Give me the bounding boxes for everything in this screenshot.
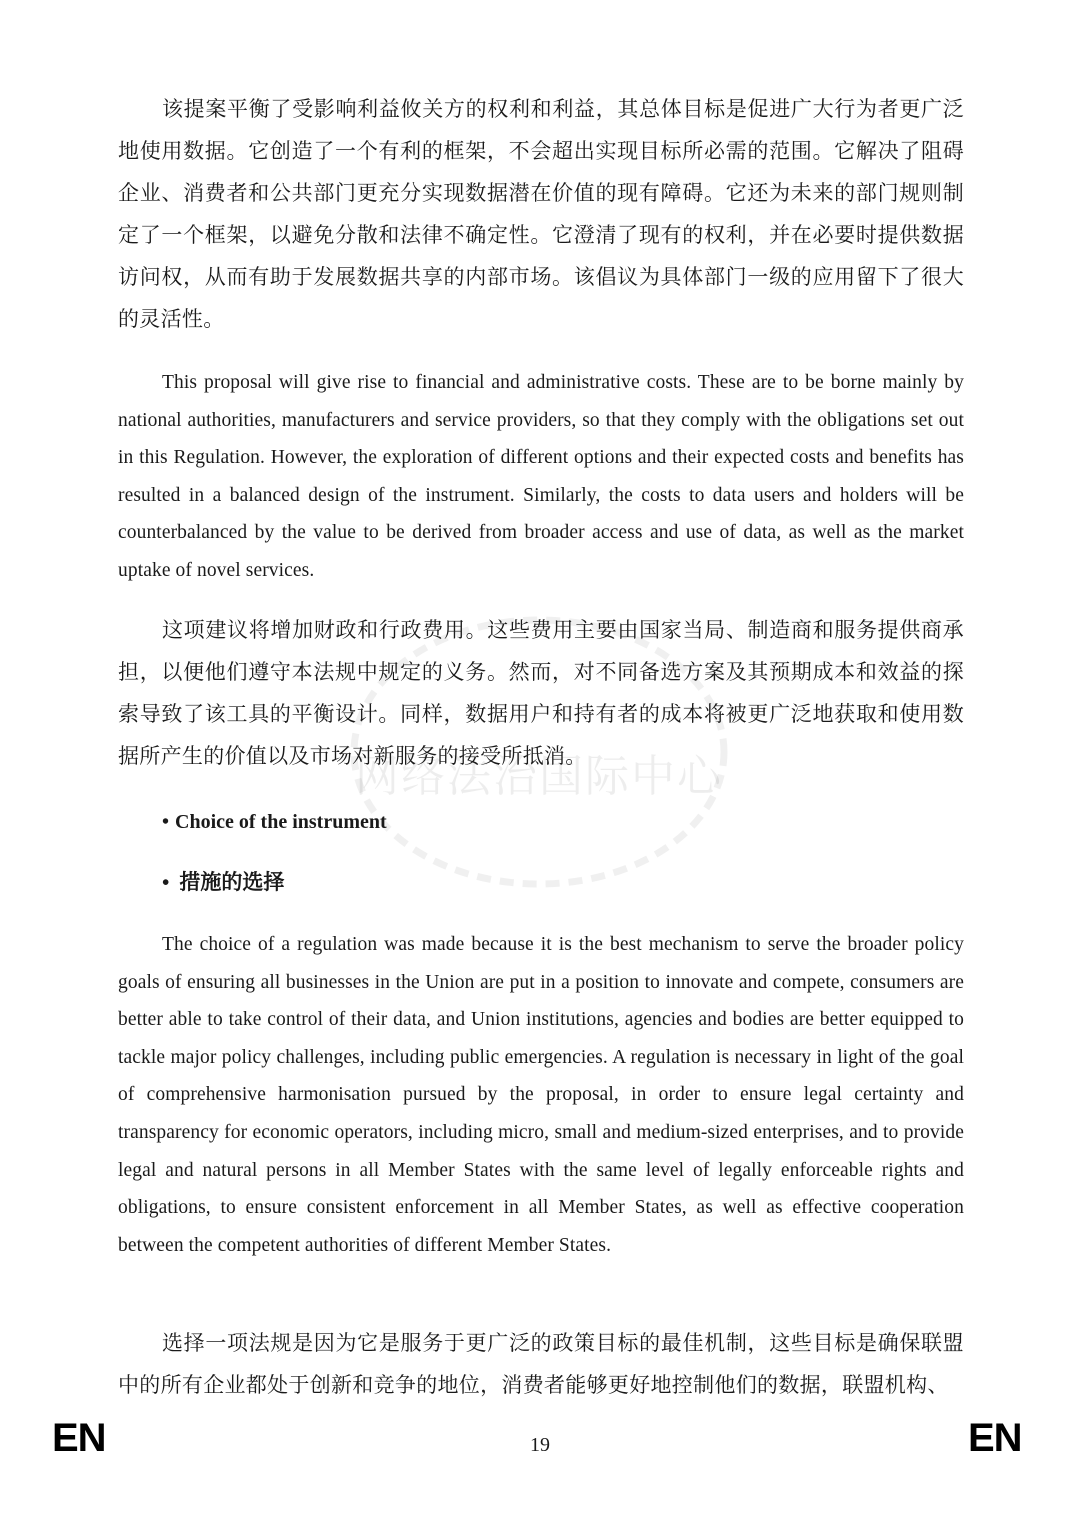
- paragraph-en-costs: This proposal will give rise to financia…: [118, 364, 964, 590]
- paragraph-zh-proportionality: 该提案平衡了受影响利益攸关方的权利和利益，其总体目标是促进广大行为者更广泛地使用…: [118, 88, 964, 340]
- section-heading-en-text: Choice of the instrument: [175, 811, 387, 833]
- page-number: 19: [0, 1432, 1080, 1458]
- section-heading-en: •Choice of the instrument: [118, 808, 387, 836]
- footer-language-label-right: EN: [968, 1416, 1022, 1460]
- bullet-icon: •: [162, 808, 169, 836]
- paragraph-en-choice-of-instrument: The choice of a regulation was made beca…: [118, 926, 964, 1264]
- bullet-icon: •: [162, 868, 169, 896]
- section-heading-zh-text: 措施的选择: [179, 870, 284, 894]
- paragraph-zh-choice-of-instrument: 选择一项法规是因为它是服务于更广泛的政策目标的最佳机制，这些目标是确保联盟中的所…: [118, 1322, 964, 1406]
- section-heading-zh: •措施的选择: [118, 868, 284, 896]
- paragraph-zh-costs: 这项建议将增加财政和行政费用。这些费用主要由国家当局、制造商和服务提供商承担，以…: [118, 609, 964, 777]
